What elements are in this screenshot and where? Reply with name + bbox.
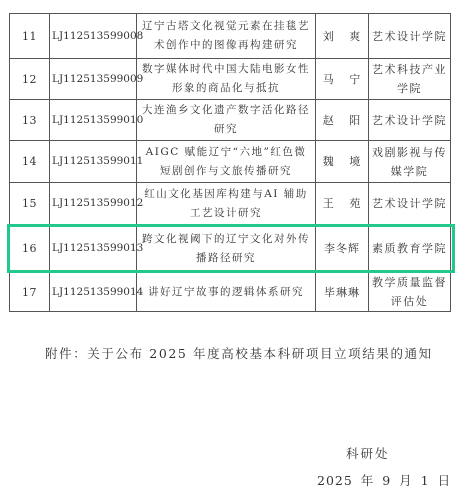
department: 艺术设计学院 [369, 100, 451, 141]
project-title: 讲好辽宁故事的逻辑体系研究 [137, 273, 316, 312]
project-id: LJ112513599013 [50, 225, 137, 273]
table-row: 17 LJ112513599014 讲好辽宁故事的逻辑体系研究 毕琳琳 教学质量… [10, 273, 451, 312]
project-title: AIGC 赋能辽宁“六地”红色微短剧创作与文旅传播研究 [137, 141, 316, 183]
project-title: 辽宁古塔文化视觉元素在挂毯艺术创作中的图像再构建研究 [137, 14, 316, 59]
table-row: 13 LJ112513599010 大连渔乡文化遗产数字活化路径研究 赵 阳 艺… [10, 100, 451, 141]
project-id: LJ112513599011 [50, 141, 137, 183]
department: 教学质量监督评估处 [369, 273, 451, 312]
table-row: 14 LJ112513599011 AIGC 赋能辽宁“六地”红色微短剧创作与文… [10, 141, 451, 183]
project-leader: 李冬辉 [316, 225, 369, 273]
department: 艺术科技产业学院 [369, 59, 451, 100]
project-leader: 魏 境 [316, 141, 369, 183]
row-number: 17 [10, 273, 50, 312]
department: 艺术设计学院 [369, 183, 451, 225]
project-id: LJ112513599014 [50, 273, 137, 312]
project-leader: 赵 阳 [316, 100, 369, 141]
row-number: 12 [10, 59, 50, 100]
row-number: 13 [10, 100, 50, 141]
project-leader: 毕琳琳 [316, 273, 369, 312]
project-id: LJ112513599008 [50, 14, 137, 59]
department: 艺术设计学院 [369, 14, 451, 59]
table-row: 12 LJ112513599009 数字媒体时代中国大陆电影女性形象的商品化与抵… [10, 59, 451, 100]
issue-date: 2025 年 9 月 1 日 [317, 471, 451, 489]
department: 戏剧影视与传媒学院 [369, 141, 451, 183]
table-row: 11 LJ112513599008 辽宁古塔文化视觉元素在挂毯艺术创作中的图像再… [10, 14, 451, 59]
project-title: 跨文化视阈下的辽宁文化对外传播路径研究 [137, 225, 316, 273]
table-row: 15 LJ112513599012 红山文化基因库构建与AI 辅助工艺设计研究 … [10, 183, 451, 225]
project-id: LJ112513599009 [50, 59, 137, 100]
project-list-table: 11 LJ112513599008 辽宁古塔文化视觉元素在挂毯艺术创作中的图像再… [9, 13, 451, 312]
department: 素质教育学院 [369, 225, 451, 273]
project-title: 红山文化基因库构建与AI 辅助工艺设计研究 [137, 183, 316, 225]
row-number: 16 [10, 225, 50, 273]
row-number: 11 [10, 14, 50, 59]
row-number: 14 [10, 141, 50, 183]
project-leader: 马 宁 [316, 59, 369, 100]
row-number: 15 [10, 183, 50, 225]
project-id: LJ112513599012 [50, 183, 137, 225]
project-title: 数字媒体时代中国大陆电影女性形象的商品化与抵抗 [137, 59, 316, 100]
project-title: 大连渔乡文化遗产数字活化路径研究 [137, 100, 316, 141]
project-leader: 王 苑 [316, 183, 369, 225]
project-leader: 刘 爽 [316, 14, 369, 59]
table-row-highlighted: 16 LJ112513599013 跨文化视阈下的辽宁文化对外传播路径研究 李冬… [10, 225, 451, 273]
attachment-note: 附件：关于公布 2025 年度高校基本科研项目立项结果的通知 [45, 344, 433, 362]
project-id: LJ112513599010 [50, 100, 137, 141]
issuer-signature: 科研处 [346, 444, 390, 462]
